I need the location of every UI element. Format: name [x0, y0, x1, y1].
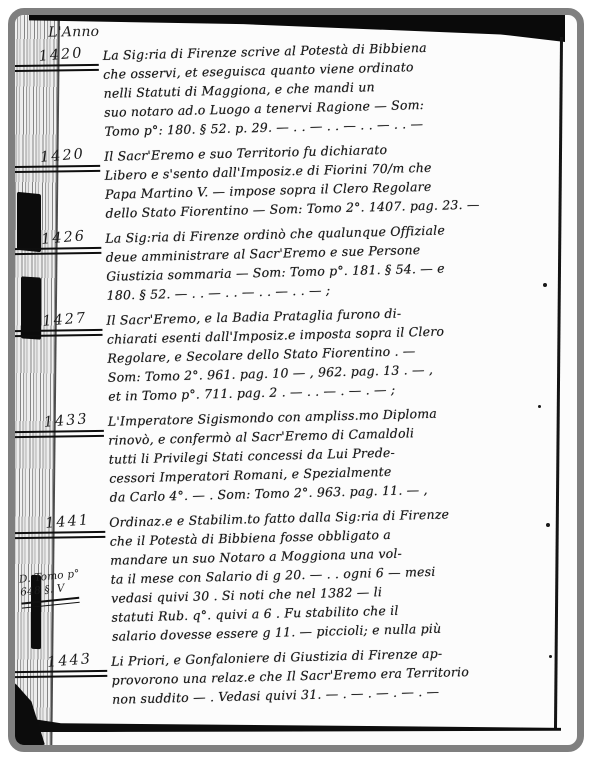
entry-year: 1420	[39, 145, 104, 166]
entry-year: 1441	[45, 511, 110, 532]
year-underline	[11, 670, 107, 678]
year-underline	[8, 165, 100, 173]
entry-1420-b: 1420 Il Sacr'Eremo e suo Territorio fu d…	[40, 140, 569, 223]
entry-year: 1427	[42, 309, 107, 330]
entry-1443: 1443 Li Priori, e Gonfaloniere di Giusti…	[47, 645, 576, 709]
scan-bottom-shadow	[29, 716, 561, 732]
entry-1441: D. Tomo p° 648 §. V 1441 Ordinaz.e e Sta…	[45, 506, 575, 646]
scan-frame: L'Anno 1420 La Sig:ria di Firenze scrive…	[8, 8, 584, 752]
entry-year: 1443	[47, 650, 112, 671]
year-underline	[8, 329, 103, 337]
binding-ink-blob	[17, 192, 41, 253]
entry-1420-a: 1420 La Sig:ria di Firenze scrive al Pot…	[39, 39, 568, 141]
scanned-manuscript-image: L'Anno 1420 La Sig:ria di Firenze scrive…	[0, 0, 592, 760]
entry-year: 1433	[43, 410, 108, 431]
year-underline	[8, 430, 104, 438]
year-underline	[9, 531, 105, 539]
entry-year: 1420	[38, 44, 103, 65]
entry-1433: 1433 L'Imperatore Sigismondo con ampliss…	[44, 405, 573, 507]
entry-1427: 1427 Il Sacr'Eremo, e la Badia Prataglia…	[42, 304, 571, 406]
year-underline	[8, 247, 101, 255]
manuscript-page: L'Anno 1420 La Sig:ria di Firenze scrive…	[15, 15, 577, 745]
entry-1426: 1426 La Sig:ria di Firenze ordinò che qu…	[41, 222, 570, 305]
entry-year: 1426	[41, 227, 106, 248]
manuscript-content: L'Anno 1420 La Sig:ria di Firenze scrive…	[38, 17, 576, 715]
year-underline	[8, 64, 99, 72]
margin-note: D. Tomo p° 648 §. V	[18, 568, 82, 609]
